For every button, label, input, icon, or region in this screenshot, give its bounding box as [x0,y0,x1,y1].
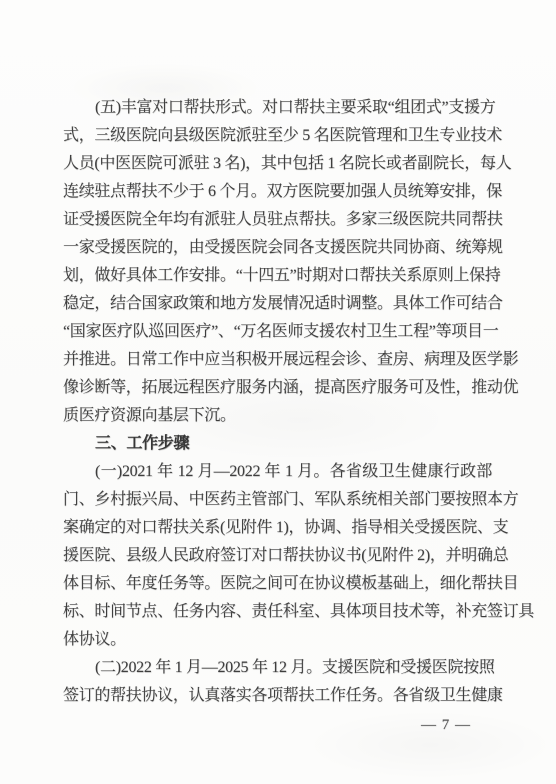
text-line: 并推进。日常工作中应当积极开展远程会诊、查房、病理及医学影 [63,346,492,374]
section-heading-work-steps: 三、工作步骤 [63,430,492,458]
text-line: (五)丰富对口帮扶形式。对口帮扶主要采取“组团式”支援方 [63,94,492,122]
text-line: 一家受援医院的，由受援医院会同各支援医院共同协商、统筹规 [63,234,492,262]
text-line: (二)2022 年 1 月—2025 年 12 月。支援医院和受援医院按照 [63,654,492,682]
text-line: (一)2021 年 12 月—2022 年 1 月。各省级卫生健康行政部 [63,458,492,486]
scanned-document-page: (五)丰富对口帮扶形式。对口帮扶主要采取“组团式”支援方式，三级医院向县级医院派… [0,0,556,784]
text-line: 援医院、县级人民政府签订对口帮扶协议书(见附件 2)，并明确总 [63,542,492,570]
text-line: 划，做好具体工作安排。“十四五”时期对口帮扶关系原则上保持 [63,262,492,290]
text-line: 证受援医院全年均有派驻人员驻点帮扶。多家三级医院共同帮扶 [63,206,492,234]
text-line: 签订的帮扶协议，认真落实各项帮扶工作任务。各省级卫生健康 [63,682,492,710]
page-number: — 7 — [63,711,492,739]
text-line: 门、乡村振兴局、中医药主管部门、军队系统相关部门要按照本方 [63,486,492,514]
text-line: 案确定的对口帮扶关系(见附件 1)，协调、指导相关受援医院、支 [63,514,492,542]
text-line: 人员(中医医院可派驻 3 名)，其中包括 1 名院长或者副院长，每人 [63,150,492,178]
text-line: 稳定，结合国家政策和地方发展情况适时调整。具体工作可结合 [63,290,492,318]
text-line: 质医疗资源向基层下沉。 [63,402,492,430]
text-line: “国家医疗队巡回医疗”、“万名医师支援农村卫生工程”等项目一 [63,318,492,346]
text-line: 体协议。 [63,626,492,654]
text-line: 连续驻点帮扶不少于 6 个月。双方医院要加强人员统筹安排，保 [63,178,492,206]
text-line: 像诊断等，拓展远程医疗服务内涵，提高医疗服务可及性，推动优 [63,374,492,402]
document-body: (五)丰富对口帮扶形式。对口帮扶主要采取“组团式”支援方式，三级医院向县级医院派… [63,94,492,739]
text-line: 标、时间节点、任务内容、责任科室、具体项目技术等，补充签订具 [63,598,492,626]
text-line: 体目标、年度任务等。医院之间可在协议模板基础上，细化帮扶目 [63,570,492,598]
text-line: 式，三级医院向县级医院派驻至少 5 名医院管理和卫生专业技术 [63,122,492,150]
